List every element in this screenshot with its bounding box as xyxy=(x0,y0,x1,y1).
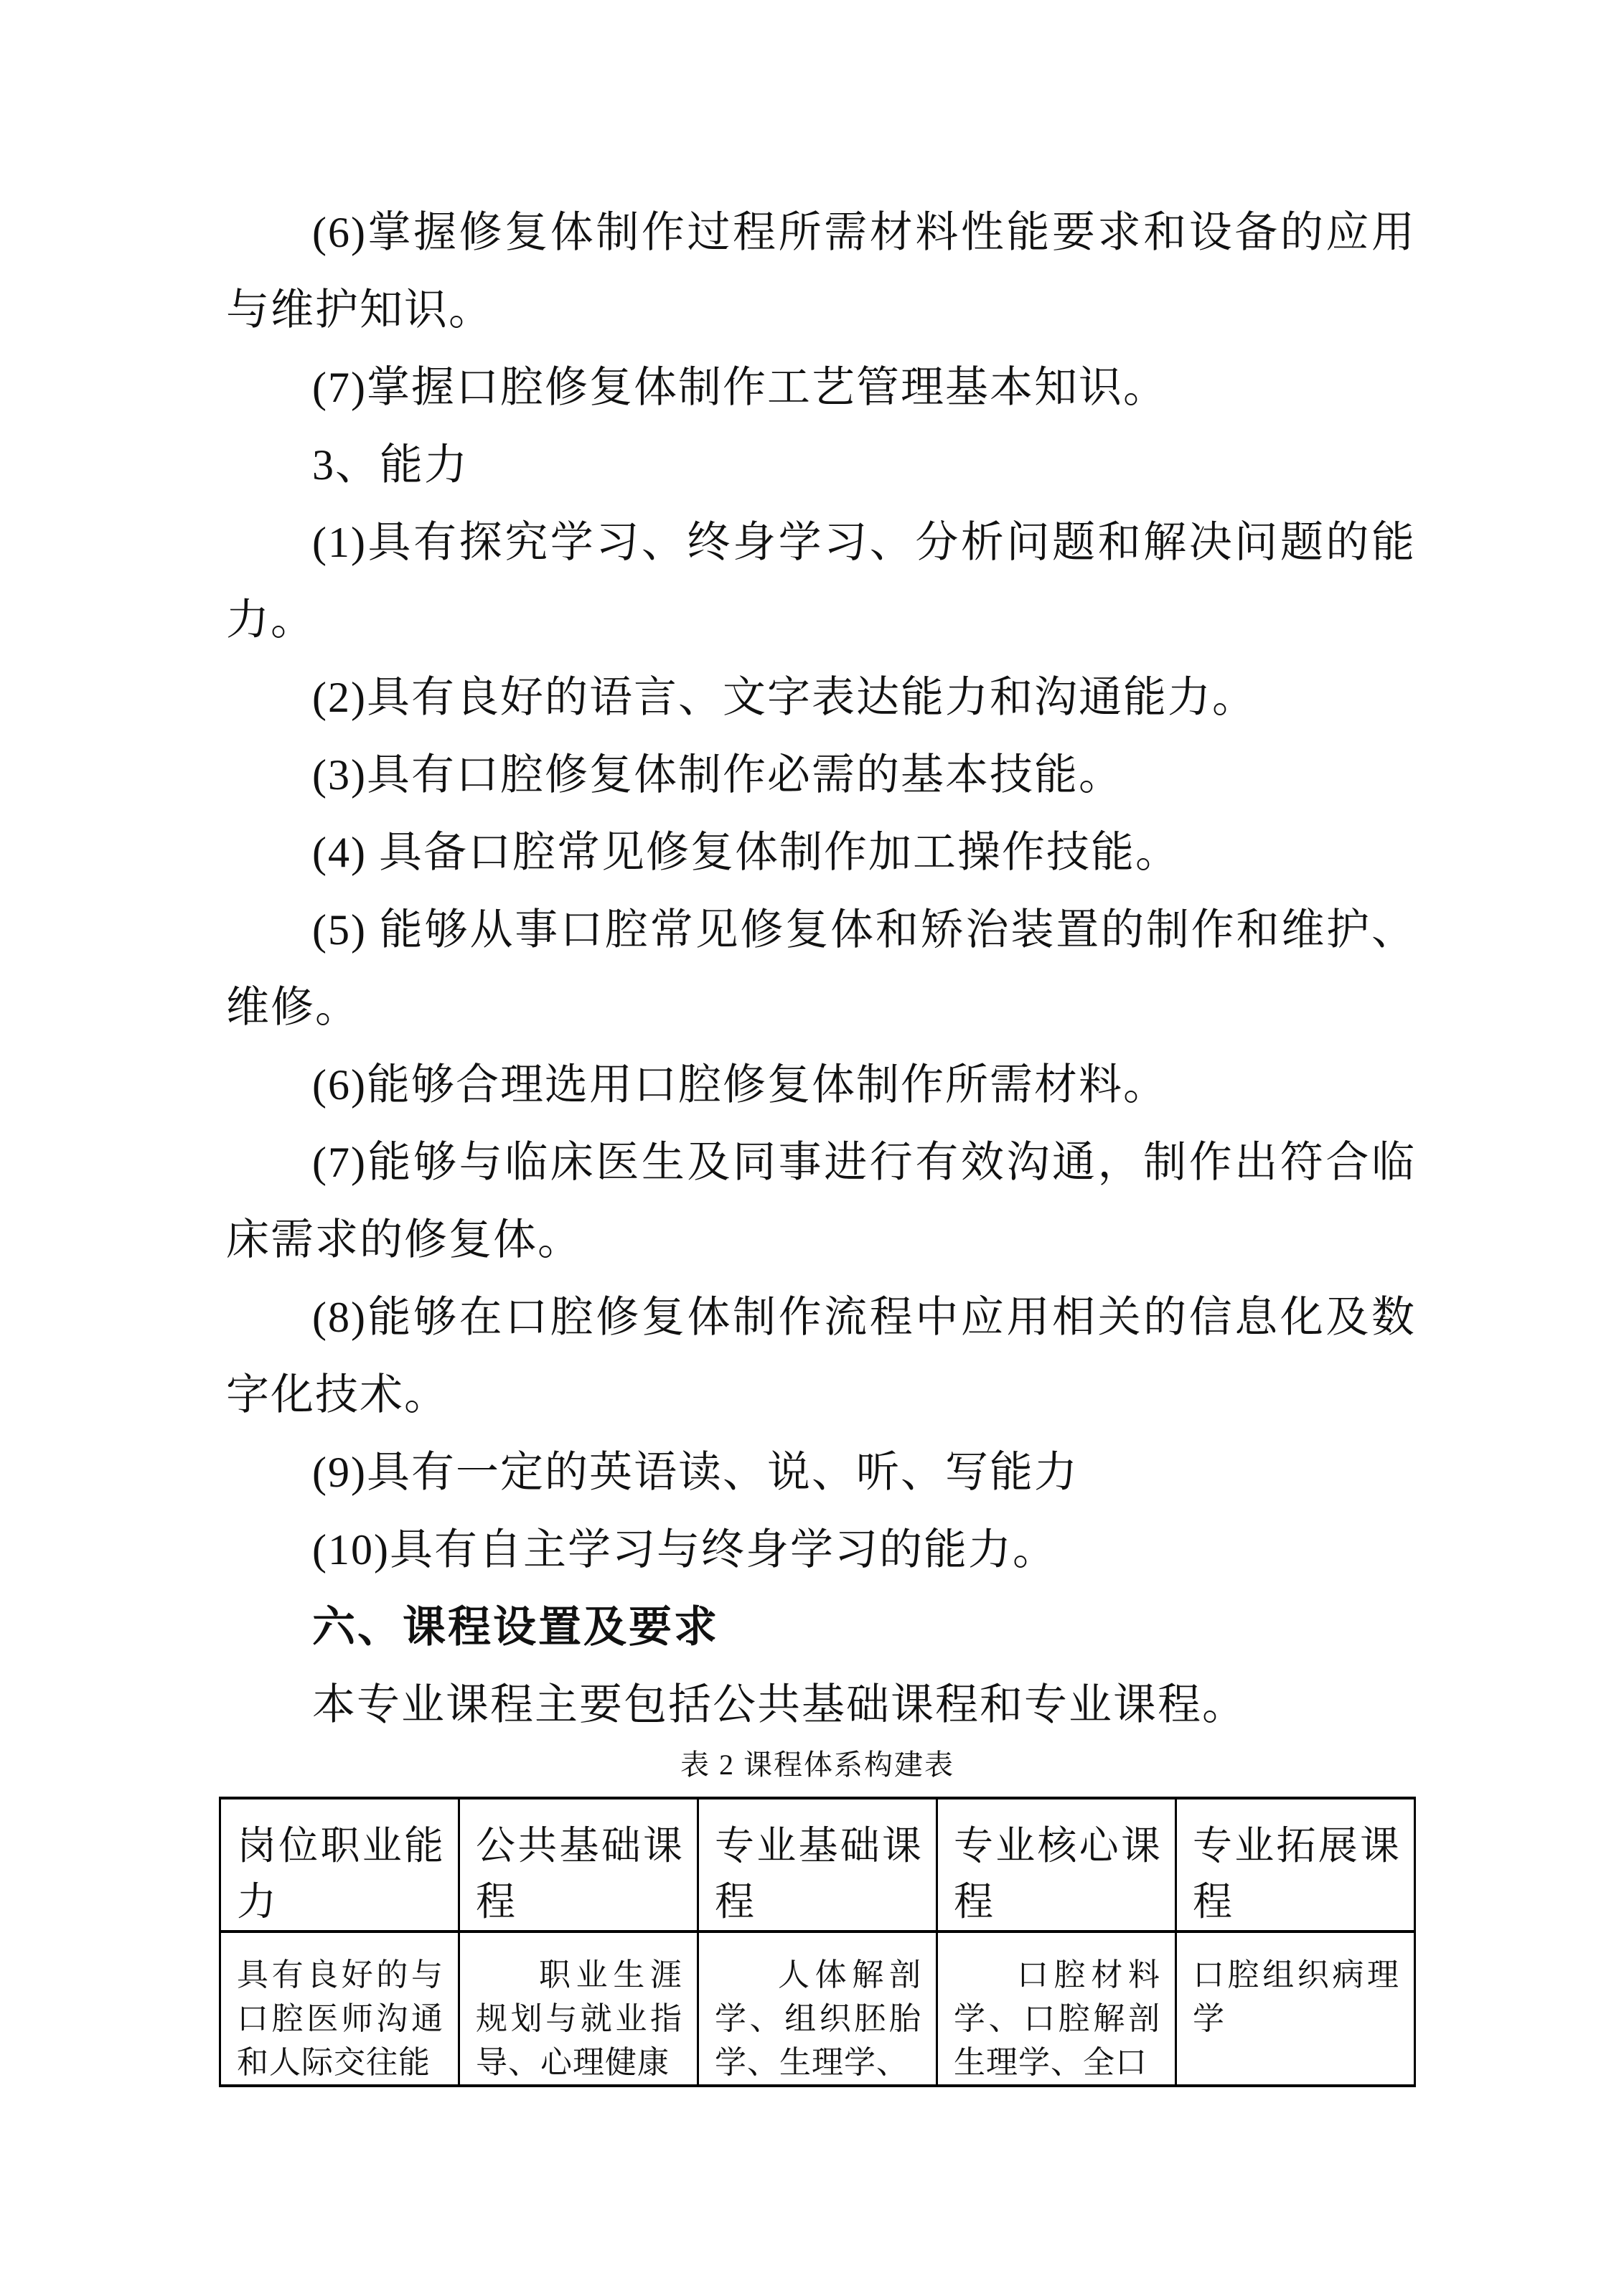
paragraph-knowledge-7: (7)掌握口腔修复体制作工艺管理基本知识。 xyxy=(226,349,1416,426)
paragraph-ability-10: (10)具有自主学习与终身学习的能力。 xyxy=(226,1511,1416,1589)
paragraph-ability-3: (3)具有口腔修复体制作必需的基本技能。 xyxy=(226,736,1416,814)
paragraph-knowledge-6: (6)掌握修复体制作过程所需材料性能要求和设备的应用与维护知识。 xyxy=(226,194,1416,349)
table-caption: 表 2 课程体系构建表 xyxy=(219,1748,1416,1782)
text-content: (6)掌握修复体制作过程所需材料性能要求和设备的应用与维护知识。 (7)掌握口腔… xyxy=(226,194,1416,1744)
course-system-table: 岗位职业能力 公共基础课程 专业基础课程 专业核心课程 专业拓展课程 具有良好的… xyxy=(219,1797,1416,2087)
table-row: 具有良好的与口腔医师沟通和人际交往能 职业生涯规划与就业指导、心理健康 人体解剖… xyxy=(220,1932,1415,2086)
table-cell-major-extension: 口腔组织病理学 xyxy=(1176,1932,1415,2086)
paragraph-ability-6: (6)能够合理选用口腔修复体制作所需材料。 xyxy=(226,1046,1416,1124)
paragraph-ability-9: (9)具有一定的英语读、说、听、写能力 xyxy=(226,1434,1416,1511)
section-heading-course-setup: 六、课程设置及要求 xyxy=(226,1589,1416,1666)
table-header-cell-public-basic: 公共基础课程 xyxy=(459,1798,698,1932)
subsection-heading-ability: 3、能力 xyxy=(226,426,1416,504)
table-cell-major-basic: 人体解剖学、组织胚胎学、生理学、 xyxy=(698,1932,937,2086)
course-table-block: 表 2 课程体系构建表 岗位职业能力 公共基础课程 专业基础课程 专业核心课程 … xyxy=(219,1748,1416,2087)
paragraph-ability-8: (8)能够在口腔修复体制作流程中应用相关的信息化及数字化技术。 xyxy=(226,1279,1416,1434)
table-header-cell-major-extension: 专业拓展课程 xyxy=(1176,1798,1415,1932)
table-cell-major-core: 口腔材料学、口腔解剖生理学、全口 xyxy=(937,1932,1176,2086)
table-header-cell-job-ability: 岗位职业能力 xyxy=(220,1798,459,1932)
paragraph-ability-1: (1)具有探究学习、终身学习、分析问题和解决问题的能力。 xyxy=(226,504,1416,659)
table-header-row: 岗位职业能力 公共基础课程 专业基础课程 专业核心课程 专业拓展课程 xyxy=(220,1798,1415,1932)
paragraph-ability-2: (2)具有良好的语言、文字表达能力和沟通能力。 xyxy=(226,659,1416,736)
table-cell-public-basic: 职业生涯规划与就业指导、心理健康 xyxy=(459,1932,698,2086)
table-header-cell-major-basic: 专业基础课程 xyxy=(698,1798,937,1932)
table-header-cell-major-core: 专业核心课程 xyxy=(937,1798,1176,1932)
paragraph-ability-7: (7)能够与临床医生及同事进行有效沟通，制作出符合临床需求的修复体。 xyxy=(226,1124,1416,1279)
paragraph-ability-4: (4) 具备口腔常见修复体制作加工操作技能。 xyxy=(226,814,1416,891)
paragraph-course-intro: 本专业课程主要包括公共基础课程和专业课程。 xyxy=(226,1666,1416,1744)
table-cell-job-ability: 具有良好的与口腔医师沟通和人际交往能 xyxy=(220,1932,459,2086)
paragraph-ability-5: (5) 能够从事口腔常见修复体和矫治装置的制作和维护、维修。 xyxy=(226,891,1416,1046)
document-page: (6)掌握修复体制作过程所需材料性能要求和设备的应用与维护知识。 (7)掌握口腔… xyxy=(0,0,1624,2296)
